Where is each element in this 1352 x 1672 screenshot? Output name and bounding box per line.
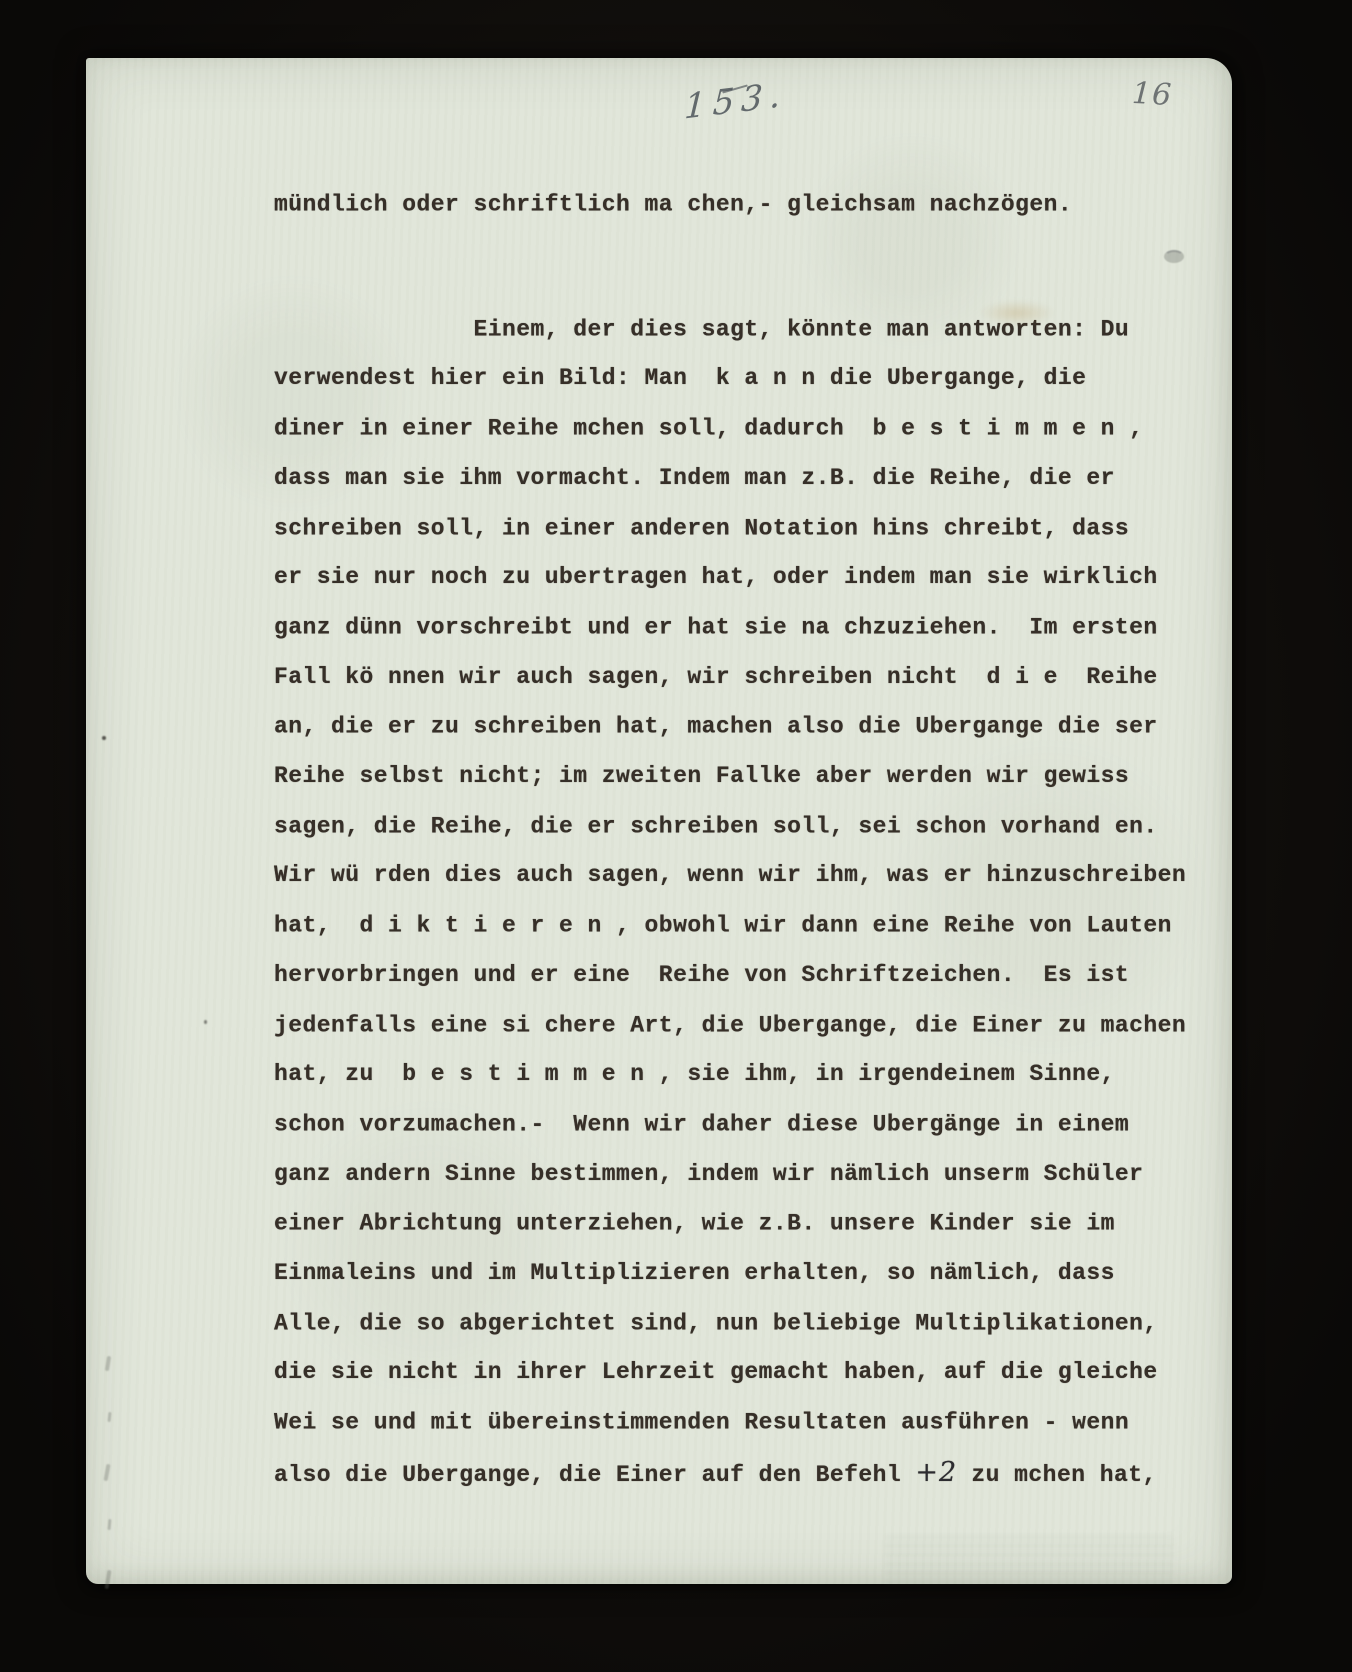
typescript-line: hat, zu b e s t i m m e n , sie ihm, in …	[274, 1050, 1214, 1100]
scan-smudge	[105, 1356, 111, 1371]
handwritten-page-number: 153.	[683, 77, 788, 124]
typescript-line: einer Abrichtung unterziehen, wie z.B. u…	[274, 1200, 1214, 1250]
typescript-line: die sie nicht in ihrer Lehrzeit gemacht …	[274, 1348, 1214, 1398]
typescript-line: Alle, die so abgerichtet sind, nun belie…	[274, 1299, 1214, 1349]
typescript-line: ganz andern Sinne bestimmen, indem wir n…	[274, 1150, 1214, 1200]
typescript-line: sagen, die Reihe, die er schreiben soll,…	[274, 802, 1214, 852]
typescript-segment: also die Ubergange, die Einer auf den Be…	[274, 1462, 915, 1488]
handwritten-insert: +2	[915, 1457, 957, 1488]
typescript-line: jedenfalls eine si chere Art, die Uberga…	[274, 1001, 1214, 1051]
typescript-line: also die Ubergange, die Einer auf den Be…	[274, 1448, 1214, 1501]
typescript-line: dass man sie ihm vormacht. Indem man z.B…	[274, 454, 1214, 504]
scan-smudge	[105, 1570, 112, 1589]
typescript-line: Wei se und mit übereinstimmenden Resulta…	[274, 1399, 1214, 1449]
typescript-line: Wir wü rden dies auch sagen, wenn wir ih…	[274, 851, 1214, 901]
paper-stain	[978, 300, 1056, 326]
scan-smudge	[104, 1464, 111, 1481]
typescript-segment: zu mchen hat,	[957, 1462, 1157, 1488]
corner-page-number: 16	[1131, 79, 1173, 111]
typescript-line: diner in einer Reihe mchen soll, dadurch…	[274, 405, 1214, 455]
ink-dot-artifact	[102, 736, 106, 740]
typescript-line: verwendest hier ein Bild: Man k a n n di…	[274, 354, 1214, 404]
paragraph-gap	[274, 230, 1214, 305]
pencil-mark-artifact	[1164, 250, 1184, 263]
typescript-line: ganz dünn vorschreibt und er hat sie na …	[274, 604, 1214, 654]
ink-dot-artifact	[204, 1020, 207, 1024]
typescript-line: an, die er zu schreiben hat, machen also…	[274, 703, 1214, 753]
scan-smudge	[108, 1519, 112, 1530]
paper-sheet: 153. 16 mündlich oder schriftlich ma che…	[86, 58, 1232, 1584]
typescript-line: Reihe selbst nicht; im zweiten Fallke ab…	[274, 752, 1214, 802]
ghost-stamp-artifact	[884, 1536, 1174, 1584]
typescript-line: schreiben soll, in einer anderen Notatio…	[274, 504, 1214, 554]
scan-smudge	[107, 1412, 111, 1422]
typescript-line: hat, d i k t i e r e n , obwohl wir dann…	[274, 902, 1214, 952]
typescript-line: Fall kö nnen wir auch sagen, wir schreib…	[274, 653, 1214, 703]
typescript-line: Einem, der dies sagt, könnte man antwort…	[274, 305, 1214, 355]
typescript-line: Einmaleins und im Multiplizieren erhalte…	[274, 1249, 1214, 1299]
scanned-document: { "page": { "handwritten_page_number_top…	[0, 0, 1352, 1672]
opening-line: mündlich oder schriftlich ma chen,- glei…	[274, 181, 1214, 231]
typescript-line: er sie nur noch zu ubertragen hat, oder …	[274, 553, 1214, 603]
typescript-text: mündlich oder schriftlich ma chen,- glei…	[274, 180, 1214, 1501]
paragraph-lines: Einem, der dies sagt, könnte man antwort…	[274, 305, 1214, 1501]
typescript-line: hervorbringen und er eine Reihe von Schr…	[274, 951, 1214, 1001]
typescript-line: schon vorzumachen.- Wenn wir daher diese…	[274, 1101, 1214, 1151]
